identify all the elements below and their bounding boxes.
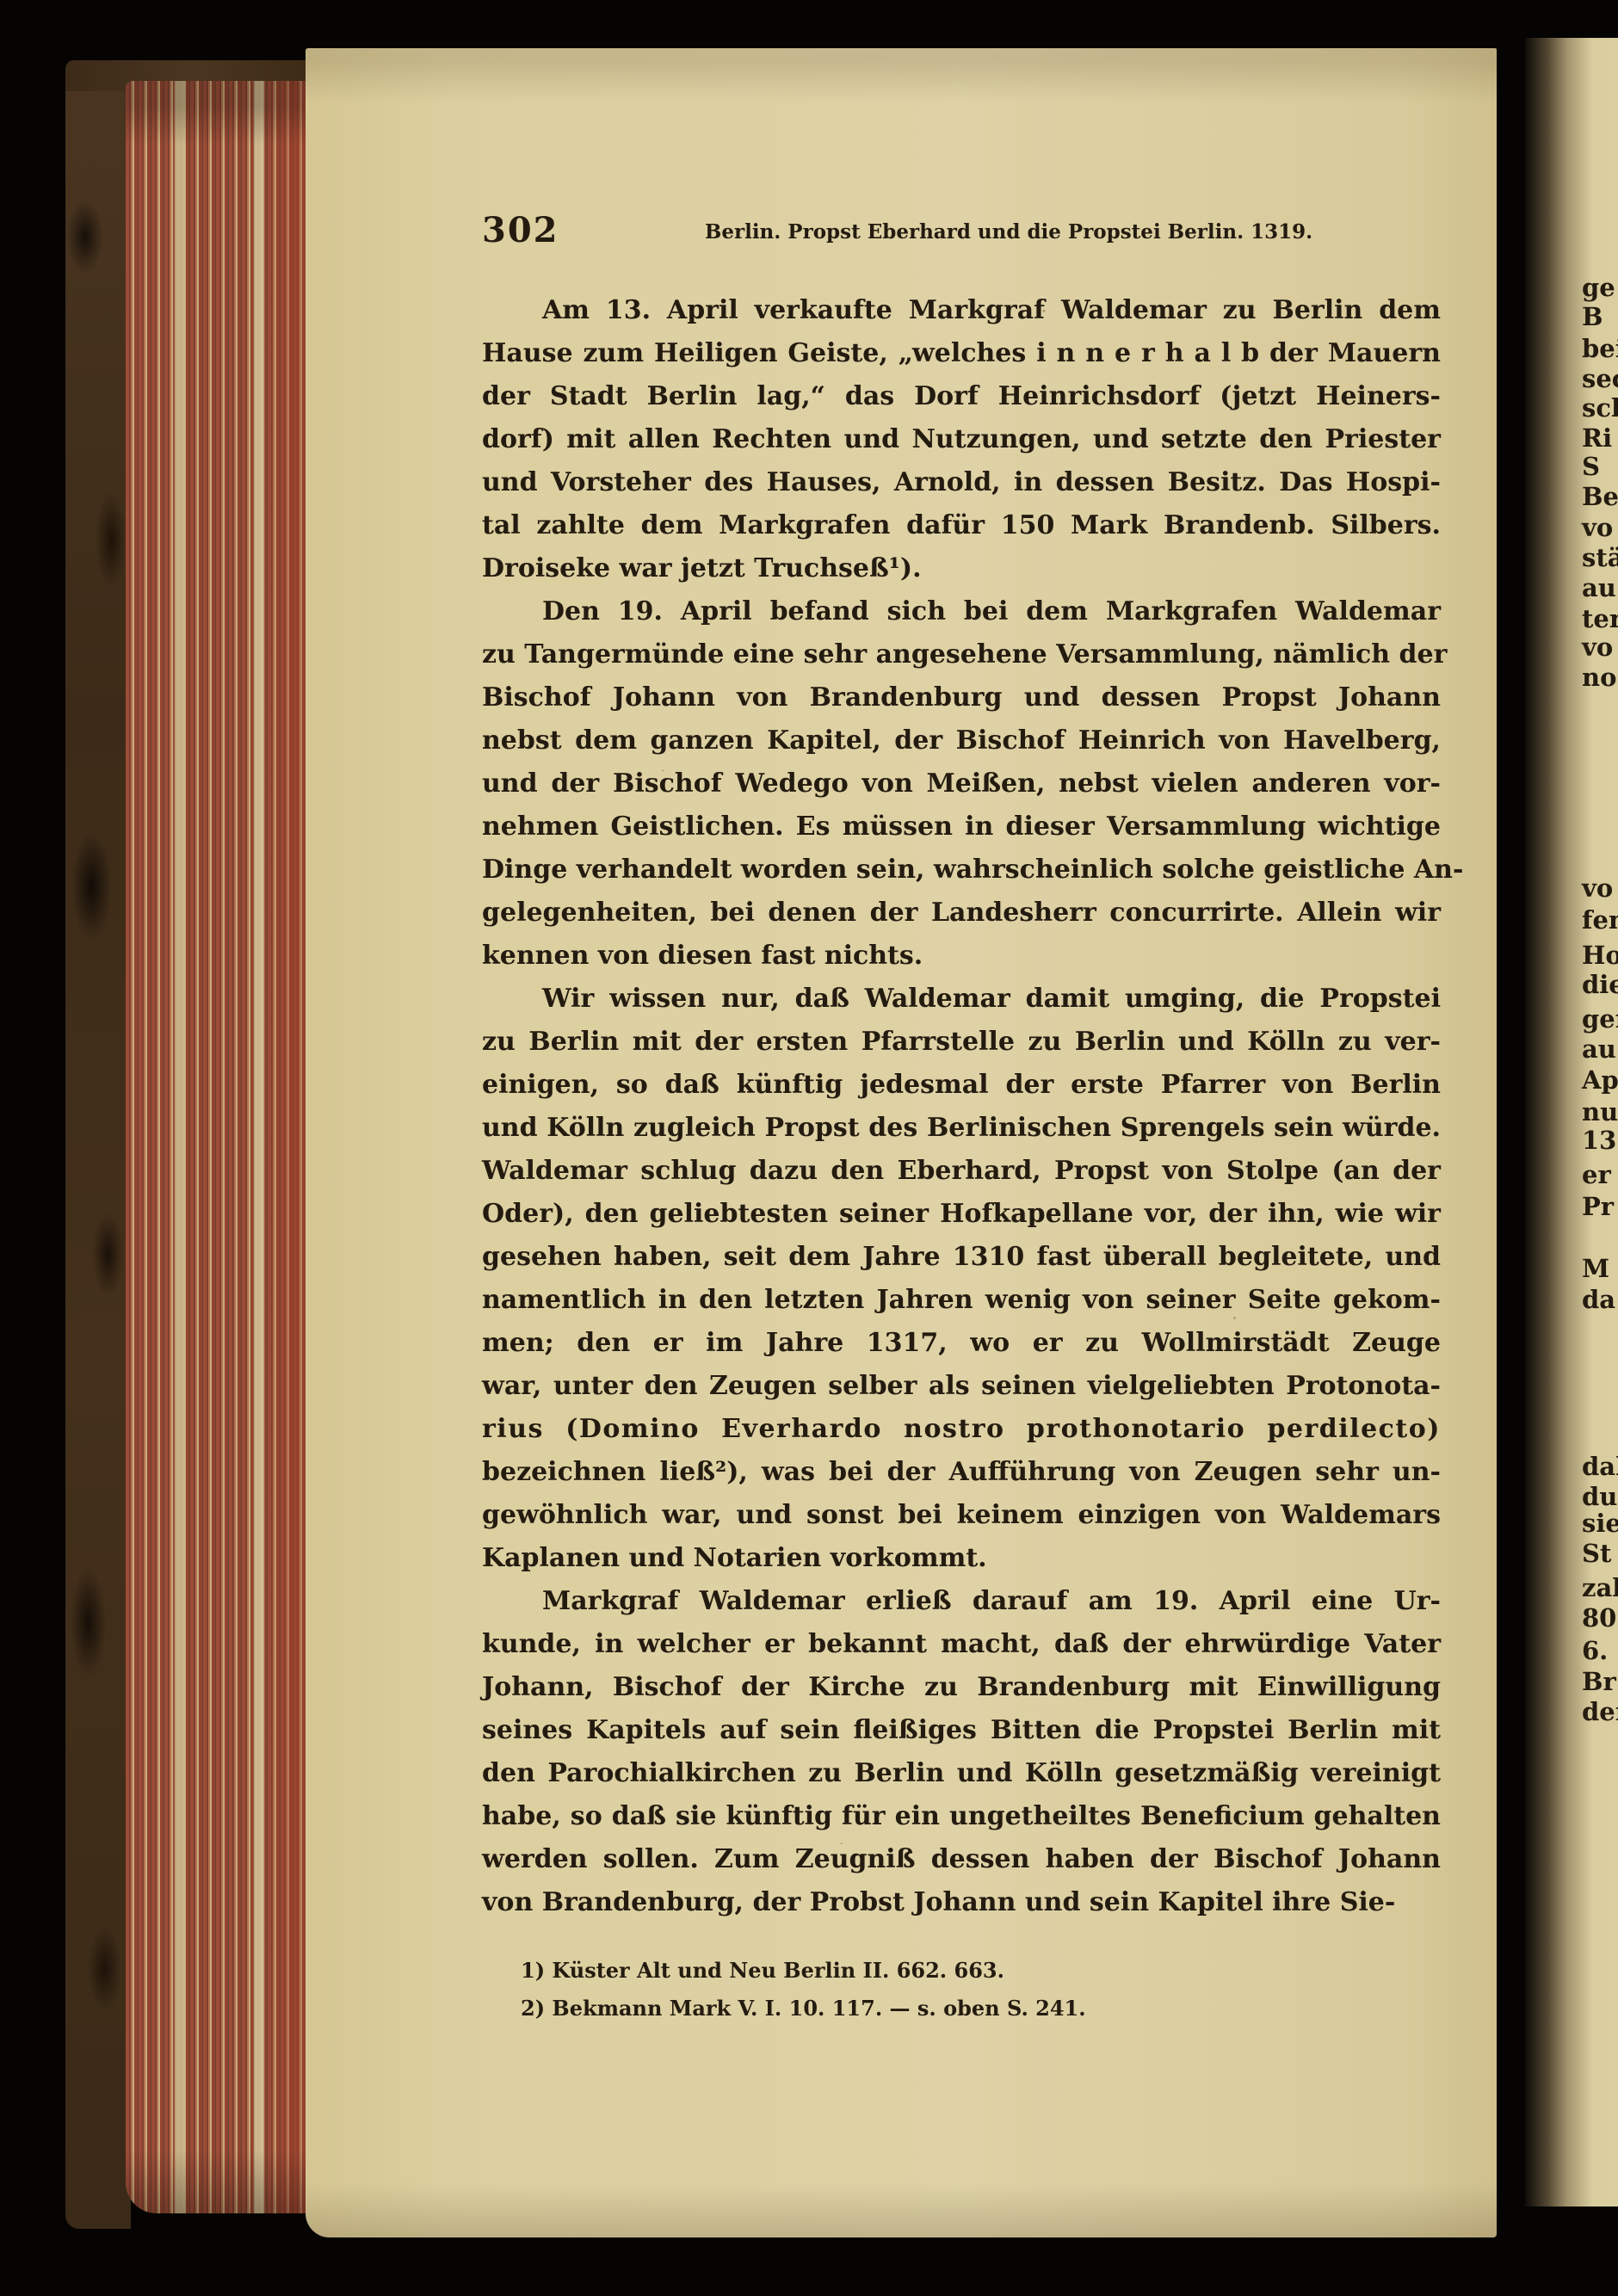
body-line: nehmen Geistlichen. Es müssen in dieser … xyxy=(482,805,1441,849)
body-line: Droiseke war jetzt Truchseß¹). xyxy=(482,547,1441,590)
body-line: tal zahlte dem Markgrafen dafür 150 Mark… xyxy=(482,504,1441,547)
next-page-text-fragment: stä xyxy=(1582,543,1618,572)
next-page-text-fragment: St xyxy=(1582,1539,1611,1568)
next-page-text-fragment: den xyxy=(1582,1697,1618,1726)
body-line: men; den er im Jahre 1317, wo er zu Woll… xyxy=(482,1322,1441,1365)
next-page-text-fragment: no xyxy=(1582,663,1616,692)
next-page-text-fragment: 13 xyxy=(1582,1126,1616,1155)
footnote: 1) Küster Alt und Neu Berlin II. 662. 66… xyxy=(521,1952,1381,1990)
next-page-text-fragment: 80 xyxy=(1582,1603,1616,1633)
body-line: Wir wissen nur, daß Waldemar damit umgin… xyxy=(482,978,1441,1021)
footnotes: 1) Küster Alt und Neu Berlin II. 662. 66… xyxy=(521,1952,1381,2028)
next-page-text-fragment: fen xyxy=(1582,905,1618,935)
next-page-text-fragment: vo xyxy=(1582,633,1613,662)
next-page-text-fragment: zah xyxy=(1582,1573,1618,1602)
next-page-text-fragment: nu xyxy=(1582,1097,1618,1126)
next-page-text-fragment: ge xyxy=(1582,273,1615,302)
body-line: gewöhnlich war, und sonst bei keinem ein… xyxy=(482,1494,1441,1537)
next-page-text-fragment: sch xyxy=(1582,393,1618,423)
next-page-text-fragment: ger xyxy=(1582,1004,1618,1034)
next-page-text-fragment: vo xyxy=(1582,513,1613,542)
body-line: der Stadt Berlin lag,“ das Dorf Heinrich… xyxy=(482,375,1441,418)
body-line: Hause zum Heiligen Geiste, „welches i n … xyxy=(482,332,1441,375)
next-page-text-fragment: dal xyxy=(1582,1452,1618,1481)
next-page-text-fragment: 6. xyxy=(1582,1636,1608,1665)
body-line: habe, so daß sie künftig für ein ungethe… xyxy=(482,1795,1441,1838)
next-page-text-fragment: ter xyxy=(1582,604,1618,633)
body-line: und Kölln zugleich Propst des Berlinisch… xyxy=(482,1107,1441,1150)
body-line: kennen von diesen fast nichts. xyxy=(482,935,1441,978)
body-line: Oder), den geliebtesten seiner Hofkapell… xyxy=(482,1193,1441,1236)
next-page-text-fragment: vo xyxy=(1582,873,1613,903)
body-text: Am 13. April verkaufte Markgraf Waldemar… xyxy=(482,289,1441,1924)
next-page-text-fragment: au xyxy=(1582,1034,1616,1064)
next-page-text-fragment: M xyxy=(1582,1254,1609,1283)
next-page-text-fragment: S xyxy=(1582,452,1600,481)
body-line: nebst dem ganzen Kapitel, der Bischof He… xyxy=(482,719,1441,762)
body-line: seines Kapitels auf sein fleißiges Bitte… xyxy=(482,1709,1441,1752)
body-line: und Vorsteher des Hauses, Arnold, in des… xyxy=(482,461,1441,504)
next-page-text-fragment: Be xyxy=(1582,482,1618,511)
body-line: Waldemar schlug dazu den Eberhard, Props… xyxy=(482,1150,1441,1193)
body-line: von Brandenburg, der Probst Johann und s… xyxy=(482,1881,1441,1924)
left-page: 302 Berlin. Propst Eberhard und die Prop… xyxy=(306,48,1497,2237)
next-page-text-fragment: Ri xyxy=(1582,423,1612,453)
next-page-text-fragment: sec xyxy=(1582,364,1618,393)
body-line: Johann, Bischof der Kirche zu Brandenbur… xyxy=(482,1666,1441,1709)
next-page-text-fragment: au xyxy=(1582,573,1616,602)
right-page-sliver: geBbeisecschRiSBevostäautervonovofenHodi… xyxy=(1525,38,1618,2207)
page-block-fore-edge xyxy=(126,81,310,2213)
body-line: dorf) mit allen Rechten und Nutzungen, u… xyxy=(482,418,1441,461)
body-line: gelegenheiten, bei denen der Landesherr … xyxy=(482,892,1441,935)
next-page-text-fragment: sie xyxy=(1582,1509,1618,1538)
body-line: zu Tangermünde eine sehr angesehene Vers… xyxy=(482,633,1441,676)
next-page-text-fragment: B xyxy=(1582,302,1603,331)
next-page-text-fragment: da xyxy=(1582,1285,1615,1314)
next-page-text-fragment: er xyxy=(1582,1160,1611,1189)
body-line: gesehen haben, seit dem Jahre 1310 fast … xyxy=(482,1236,1441,1279)
next-page-text-fragment: Br xyxy=(1582,1667,1616,1696)
body-line: kunde, in welcher er bekannt macht, daß … xyxy=(482,1623,1441,1666)
page-header: 302 Berlin. Propst Eberhard und die Prop… xyxy=(482,208,1441,256)
body-line: Am 13. April verkaufte Markgraf Waldemar… xyxy=(482,289,1441,332)
body-line: Markgraf Waldemar erließ darauf am 19. A… xyxy=(482,1580,1441,1623)
next-page-text-fragment: Ap xyxy=(1582,1065,1618,1095)
body-line: Den 19. April befand sich bei dem Markgr… xyxy=(482,590,1441,633)
body-line: einigen, so daß künftig jedesmal der ers… xyxy=(482,1064,1441,1107)
running-header: Berlin. Propst Eberhard und die Propstei… xyxy=(577,220,1441,244)
body-line: Bischof Johann von Brandenburg und desse… xyxy=(482,676,1441,719)
body-line: den Parochialkirchen zu Berlin und Kölln… xyxy=(482,1752,1441,1795)
body-line: Kaplanen und Notarien vorkommt. xyxy=(482,1537,1441,1580)
body-line: Dinge verhandelt worden sein, wahrschein… xyxy=(482,849,1441,892)
next-page-text-fragment: Pr xyxy=(1582,1192,1614,1221)
body-line: zu Berlin mit der ersten Pfarrstelle zu … xyxy=(482,1021,1441,1064)
body-line: war, unter den Zeugen selber als seinen … xyxy=(482,1365,1441,1408)
body-line: namentlich in den letzten Jahren wenig v… xyxy=(482,1279,1441,1322)
next-page-text-fragment: die xyxy=(1582,970,1618,999)
body-line: bezeichnen ließ²), was bei der Aufführun… xyxy=(482,1451,1441,1494)
page-number: 302 xyxy=(482,210,559,250)
footnote: 2) Bekmann Mark V. I. 10. 117. — s. oben… xyxy=(521,1990,1381,2028)
body-line: und der Bischof Wedego von Meißen, nebst… xyxy=(482,762,1441,805)
next-page-text-fragment: dur xyxy=(1582,1482,1618,1511)
body-line: rius (Domino Everhardo nostro prothonota… xyxy=(482,1408,1441,1451)
body-line: werden sollen. Zum Zeugniß dessen haben … xyxy=(482,1838,1441,1881)
book-scan: 302 Berlin. Propst Eberhard und die Prop… xyxy=(0,0,1618,2296)
next-page-text-fragment: Ho xyxy=(1582,941,1618,970)
book-cover-edge xyxy=(65,64,131,2229)
next-page-text-fragment: bei xyxy=(1582,334,1618,363)
